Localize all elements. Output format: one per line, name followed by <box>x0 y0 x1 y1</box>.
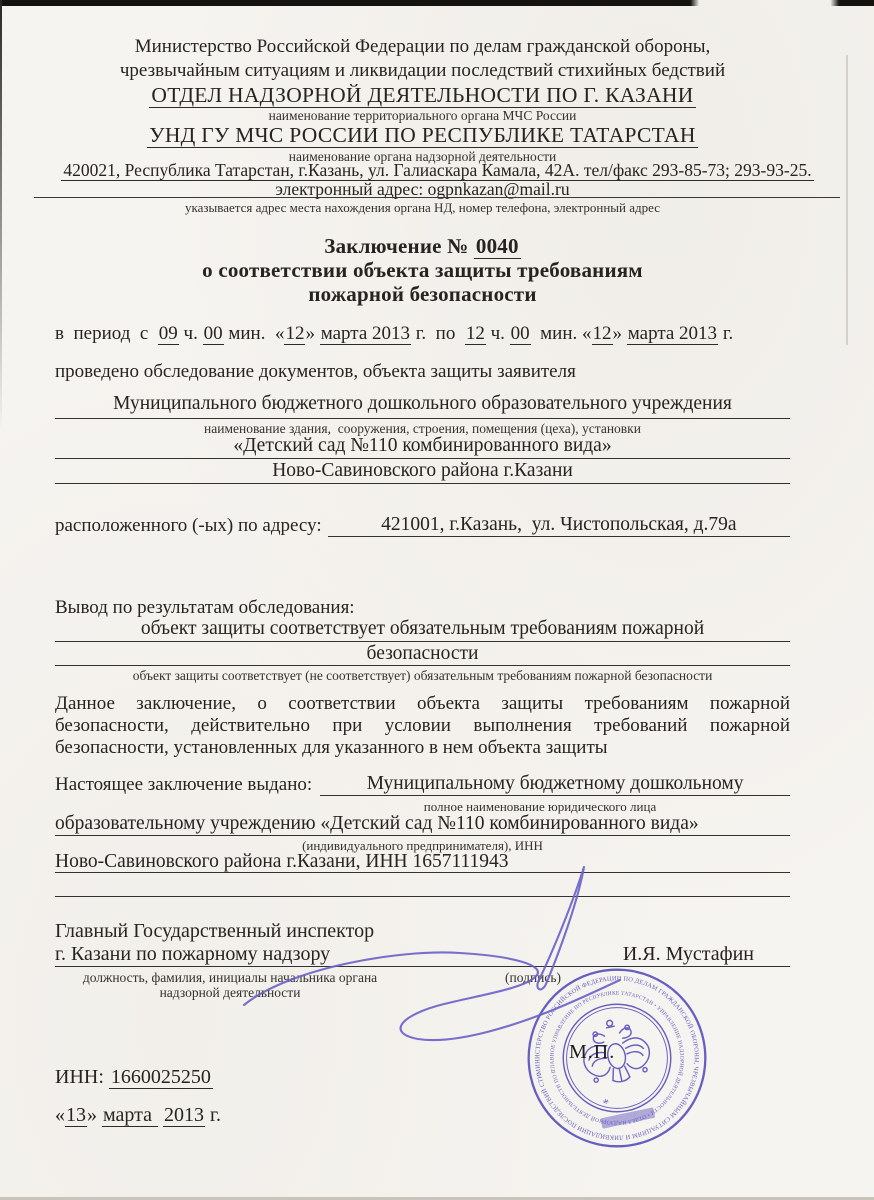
object-name-line2: «Детский сад №110 комбинированного вида» <box>55 435 790 459</box>
ministry-name-line2: чрезвычайным ситуациям и ликвидации посл… <box>55 60 790 82</box>
stamp-place-mark: М.П. <box>569 1041 615 1064</box>
header-rule <box>34 197 840 198</box>
validity-paragraph: Данное заключение, о соответствии объект… <box>55 693 790 758</box>
issued-to-row: Настоящее заключение выдано: Муниципальн… <box>55 774 790 796</box>
conclusion-result-line2: безопасности <box>55 643 790 666</box>
authority-email: электронный адрес: ogpnkazan@mail.ru <box>55 179 790 199</box>
authority-name: УНД ГУ МЧС РОССИИ ПО РЕСПУБЛИКЕ ТАТАРСТА… <box>55 123 790 147</box>
object-address-value: 421001, г.Казань, ул. Чистопольская, д.7… <box>328 514 790 537</box>
footer-date-row: «13» марта 2013 г. <box>55 1104 221 1127</box>
conclusion-label: Вывод по результатам обследования: <box>55 597 790 619</box>
issued-to-value-line2: образовательному учреждению «Детский сад… <box>55 813 790 836</box>
object-name-line3: Ново-Савиновского района г.Казани <box>55 460 790 484</box>
object-address-label: расположенного (-ых) по адресу: <box>55 515 322 537</box>
signature-stroke-loop <box>244 952 620 1040</box>
address-note: указывается адрес места нахождения орган… <box>55 200 790 215</box>
department-name: ОТДЕЛ НАДЗОРНОЙ ДЕЯТЕЛЬНОСТИ ПО Г. КАЗАН… <box>55 83 790 107</box>
object-note: наименование здания, сооружения, строени… <box>55 421 790 436</box>
stamp-asterisk: * <box>602 1096 611 1111</box>
authority-address: 420021, Республика Татарстан, г.Казань, … <box>40 160 835 180</box>
issued-to-value-line1: Муниципальному бюджетному дошкольному <box>320 773 790 796</box>
survey-intro: проведено обследование документов, объек… <box>55 361 790 383</box>
footer-inn-value: 1660025250 <box>109 1066 213 1089</box>
object-name-line1: Муниципального бюджетного дошкольного об… <box>55 393 790 419</box>
scan-border-top <box>0 0 874 6</box>
conclusion-note: объект защиты соответствует (не соответс… <box>55 668 790 683</box>
issued-to-label: Настоящее заключение выдано: <box>55 774 312 796</box>
department-note: наименование территориального органа МЧС… <box>55 108 790 123</box>
ministry-name-line1: Министерство Российской Федерации по дел… <box>55 36 790 58</box>
inspection-period-line: в период с 09 ч. 00 мин. «12» марта 2013… <box>55 323 790 345</box>
handwritten-signature <box>228 853 652 1065</box>
footer-inn-row: ИНН: 1660025250 <box>55 1066 213 1089</box>
paper-fold-line <box>846 55 848 345</box>
issued-note1: полное наименование юридического лица <box>320 799 760 814</box>
scan-border-left <box>0 0 2 430</box>
document-number: 0040 <box>474 234 521 259</box>
document-title-line1: Заключение № 0040 <box>55 234 790 258</box>
document-title-line2: о соответствии объекта защиты требования… <box>55 258 790 282</box>
conclusion-result-line1: объект защиты соответствует обязательным… <box>55 618 790 642</box>
object-address-row: расположенного (-ых) по адресу: 421001, … <box>55 513 790 537</box>
scanned-document-page: Министерство Российской Федерации по дел… <box>0 0 874 1200</box>
signature-stroke-upper <box>537 867 584 989</box>
document-title-line3: пожарной безопасности <box>55 282 790 306</box>
